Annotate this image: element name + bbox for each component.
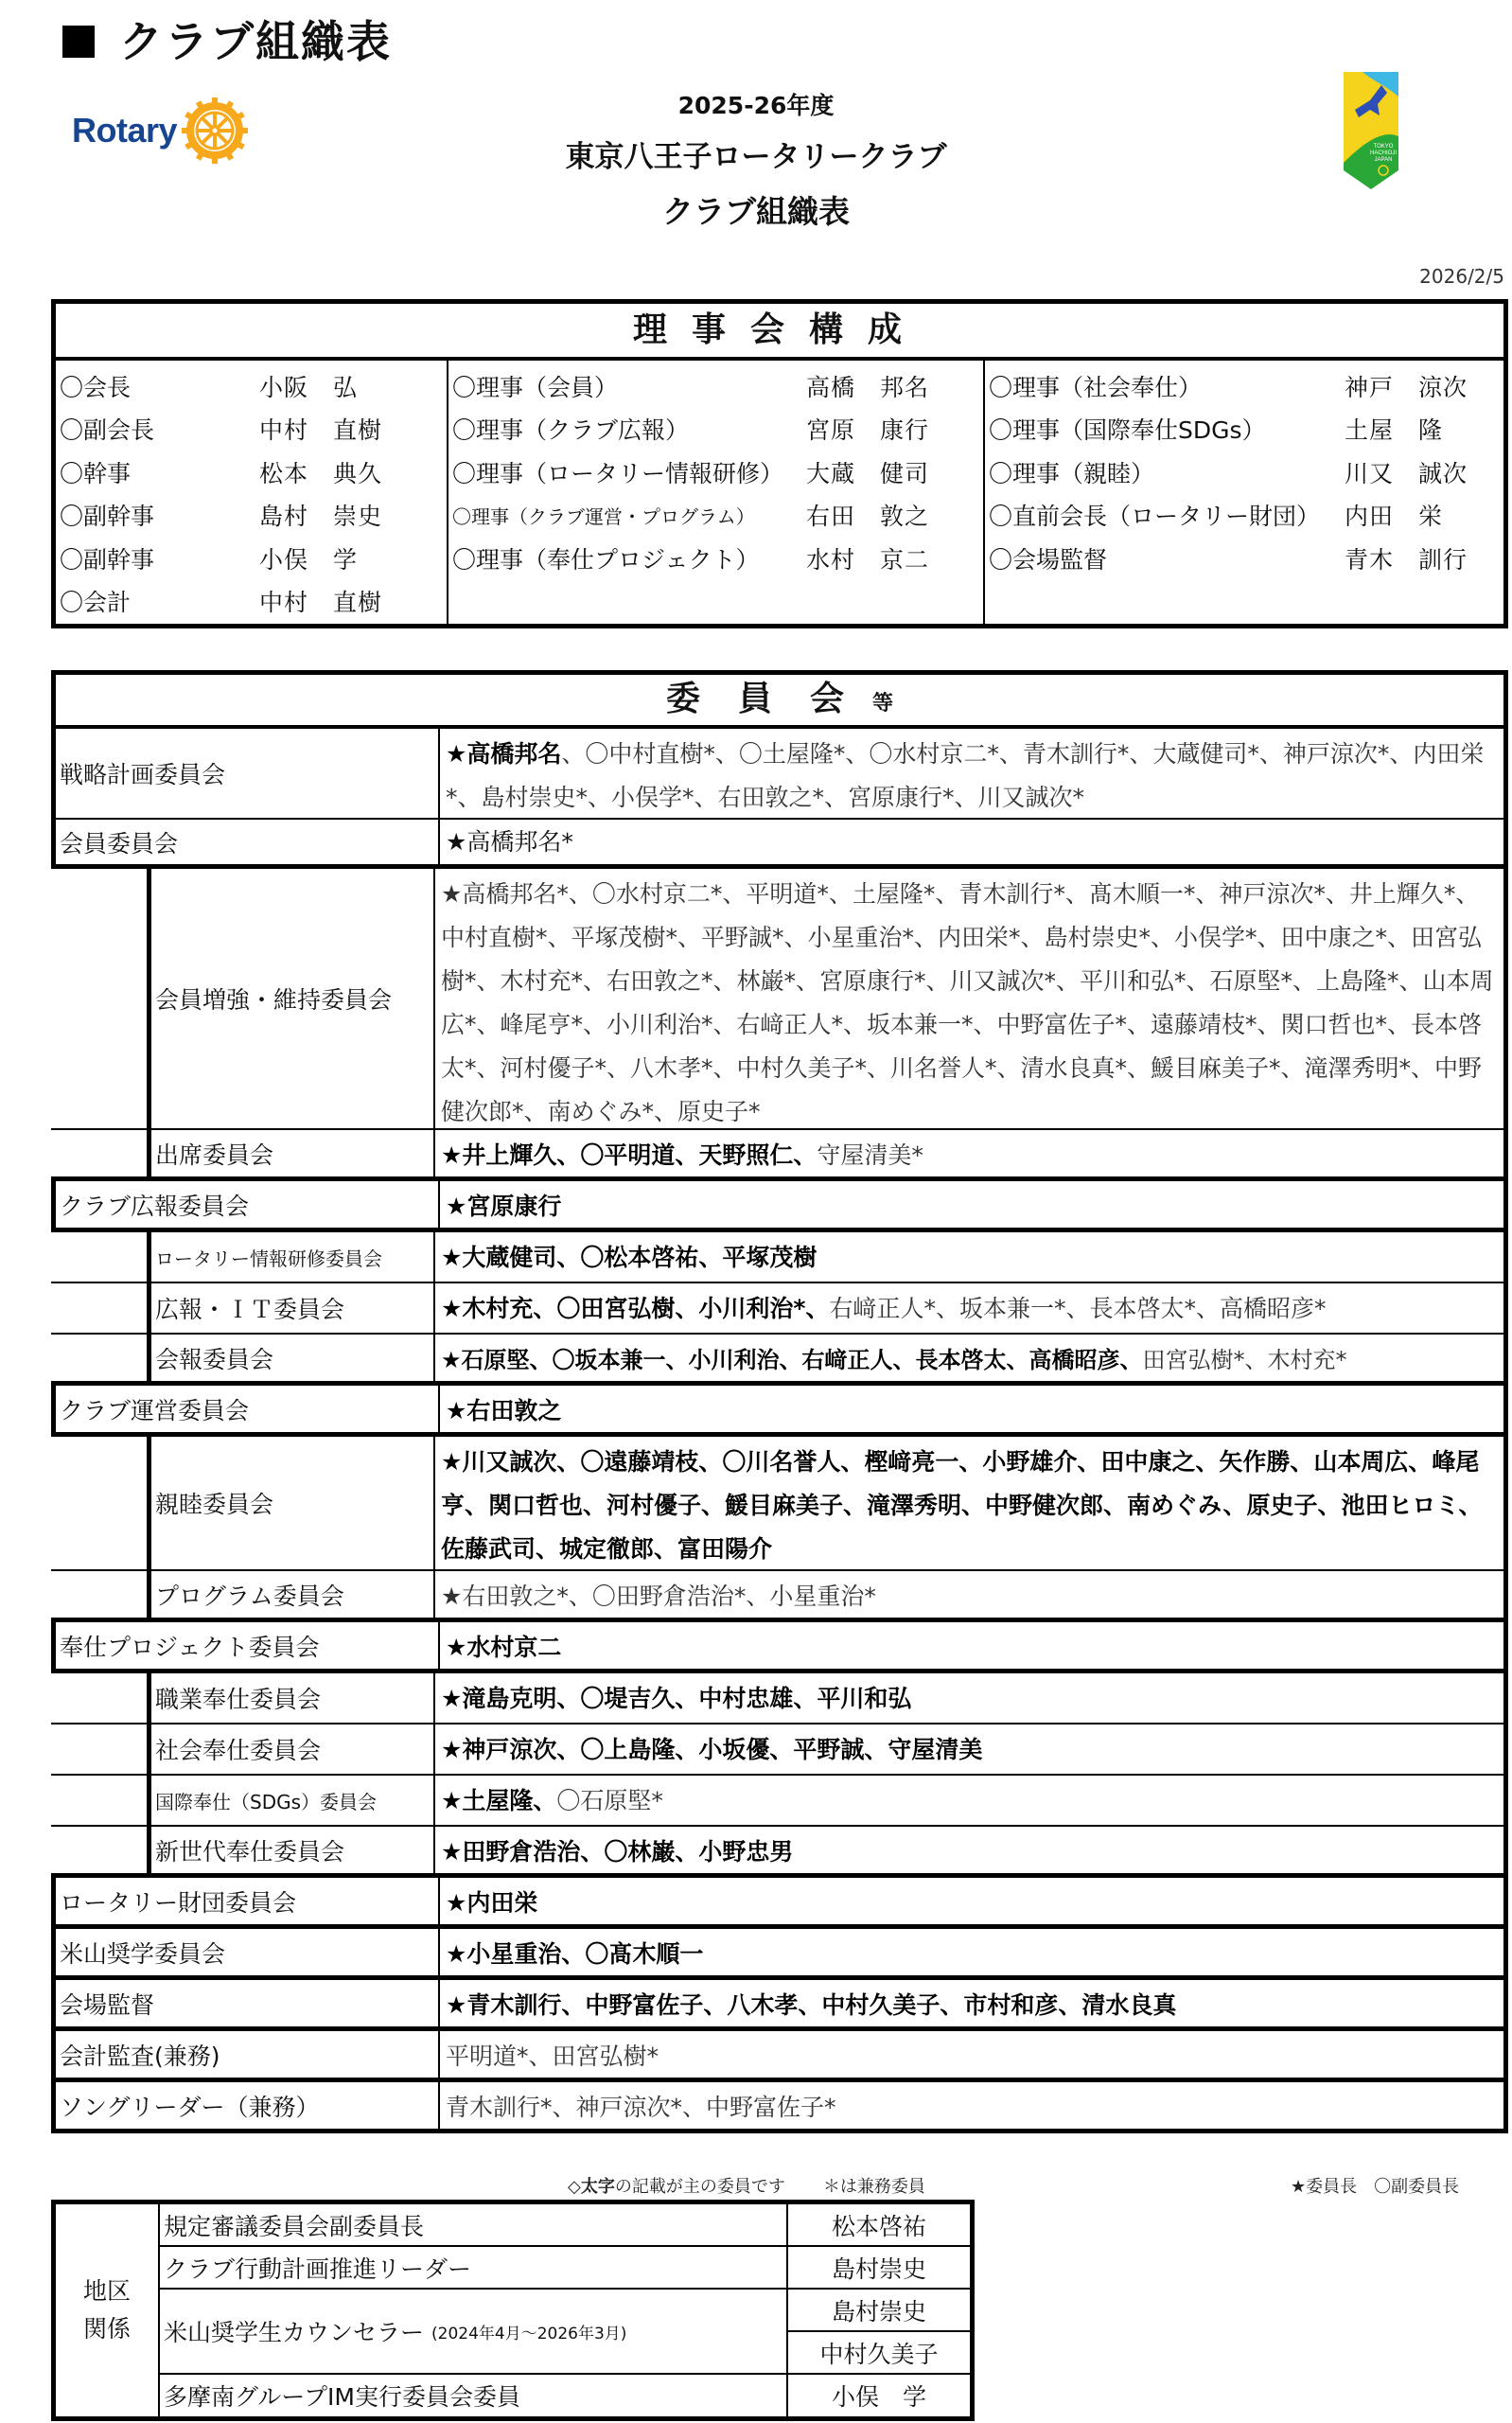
district-table: 地区関係 規定審議委員会副委員長 松本啓祐 クラブ行動計画推進リーダー 島村崇史…	[51, 2200, 975, 2421]
board-row: 〇理事（クラブ運営・プログラム）右田 敦之	[448, 494, 983, 538]
subcommittee-row: 職業奉仕委員会 ★滝島克明、〇堤吉久、中村忠雄、平川和弘	[51, 1673, 1508, 1724]
note-symbol-legend: ★委員長 〇副委員長	[1291, 2173, 1459, 2198]
district-row: 多摩南グループIM実行委員会委員 小俣 学	[160, 2375, 970, 2416]
committee-row: クラブ広報委員会 ★宮原康行	[51, 1181, 1508, 1232]
subcommittee-row: 会員増強・維持委員会 ★高橋邦名*、〇水村京二*、平明道*、土屋隆*、青木訓行*…	[51, 869, 1508, 1130]
fiscal-year: 2025-26年度	[0, 87, 1512, 121]
board-row: 〇理事（国際奉仕SDGs）土屋 隆	[985, 408, 1503, 451]
document-date: 2026/2/5	[1419, 265, 1504, 288]
board-row: 〇理事（社会奉仕）神戸 涼次	[985, 364, 1503, 408]
board-row: 〇副会長中村 直樹	[56, 408, 447, 451]
board-title: 理事会構成	[56, 304, 1503, 361]
subcommittee-row: 出席委員会 ★井上輝久、〇平明道、天野照仁、守屋清美*	[51, 1130, 1508, 1181]
subcommittee-row: 親睦委員会 ★川又誠次、〇遠藤靖枝、〇川名誉人、樫﨑亮一、小野雄介、田中康之、矢…	[51, 1437, 1508, 1571]
subcommittee-row: ロータリー情報研修委員会 ★大蔵健司、〇松本啓祐、平塚茂樹	[51, 1232, 1508, 1283]
committee-row: 会員委員会 ★高橋邦名*	[51, 820, 1508, 869]
committee-table: 委員会等 戦略計画委員会 ★高橋邦名、〇中村直樹*、〇土屋隆*、〇水村京二*、青…	[51, 670, 1508, 2133]
board-row: 〇副幹事小俣 学	[56, 537, 447, 580]
club-name: 東京八王子ロータリークラブ	[0, 133, 1512, 175]
subcommittee-row: プログラム委員会 ★右田敦之*、〇田野倉浩治*、小星重治*	[51, 1571, 1508, 1622]
committee-row: ソングリーダー（兼務） 青木訓行*、神戸涼次*、中野富佐子*	[51, 2082, 1508, 2133]
board-column-directors-2: 〇理事（社会奉仕）神戸 涼次 〇理事（国際奉仕SDGs）土屋 隆 〇理事（親睦）…	[983, 361, 1503, 625]
board-row: 〇会計中村 直樹	[56, 580, 447, 624]
board-row: 〇会長小阪 弘	[56, 364, 447, 408]
board-row: 〇会場監督青木 訓行	[985, 537, 1503, 580]
subcommittee-row: 社会奉仕委員会 ★神戸涼次、〇上島隆、小坂優、平野誠、守屋清美	[51, 1724, 1508, 1776]
board-column-directors: 〇理事（会員）高橋 邦名 〇理事（クラブ広報）宮原 康行 〇理事（ロータリー情報…	[447, 361, 983, 625]
board-row: 〇直前会長（ロータリー財団）内田 栄	[985, 494, 1503, 538]
board-row: 〇理事（クラブ広報）宮原 康行	[448, 408, 983, 451]
committee-title: 委員会等	[51, 670, 1508, 729]
committee-row: クラブ運営委員会 ★右田敦之	[51, 1386, 1508, 1437]
committee-row: ロータリー財団委員会 ★内田栄	[51, 1878, 1508, 1929]
note-bold-explanation: ◇太字の記載が主の委員です＊は兼務委員	[568, 2173, 925, 2198]
subcommittee-row: 広報・ＩＴ委員会 ★木村充、〇田宮弘樹、小川利治*、右﨑正人*、坂本兼一*、長本…	[51, 1283, 1508, 1335]
board-row: 〇幹事松本 典久	[56, 451, 447, 494]
committee-row: 戦略計画委員会 ★高橋邦名、〇中村直樹*、〇土屋隆*、〇水村京二*、青木訓行*、…	[51, 729, 1508, 820]
committee-row: 会計監査(兼務) 平明道*、田宮弘樹*	[51, 2031, 1508, 2082]
committee-row: 会場監督 ★青木訓行、中野富佐子、八木孝、中村久美子、市村和彦、清水良真	[51, 1980, 1508, 2031]
page-title: クラブ組織表	[62, 8, 392, 70]
board-row: 〇理事（奉仕プロジェクト）水村 京二	[448, 537, 983, 580]
subcommittee-row: 会報委員会 ★石原堅、〇坂本兼一、小川利治、右﨑正人、長本啓太、高橋昭彦、田宮弘…	[51, 1335, 1508, 1386]
district-label: 地区関係	[56, 2204, 160, 2416]
board-row: 〇理事（親睦）川又 誠次	[985, 451, 1503, 494]
subcommittee-row: 国際奉仕（SDGs）委員会 ★土屋隆、〇石原堅*	[51, 1776, 1508, 1827]
document-subtitle: クラブ組織表	[0, 187, 1512, 232]
subcommittee-row: 新世代奉仕委員会 ★田野倉浩治、〇林巌、小野忠男	[51, 1827, 1508, 1878]
board-row: 〇理事（会員）高橋 邦名	[448, 364, 983, 408]
committee-row: 米山奨学委員会 ★小星重治、〇髙木順一	[51, 1929, 1508, 1980]
committee-row: 奉仕プロジェクト委員会 ★水村京二	[51, 1622, 1508, 1673]
district-row: クラブ行動計画推進リーダー 島村崇史	[160, 2247, 970, 2290]
board-row: 〇副幹事島村 崇史	[56, 494, 447, 538]
district-row: 規定審議委員会副委員長 松本啓祐	[160, 2204, 970, 2247]
board-column-officers: 〇会長小阪 弘 〇副会長中村 直樹 〇幹事松本 典久 〇副幹事島村 崇史 〇副幹…	[56, 361, 447, 625]
square-bullet-icon	[62, 26, 95, 58]
board-row: 〇理事（ロータリー情報研修）大蔵 健司	[448, 451, 983, 494]
board-table: 理事会構成 〇会長小阪 弘 〇副会長中村 直樹 〇幹事松本 典久 〇副幹事島村 …	[51, 299, 1508, 628]
district-row: 米山奨学生カウンセラー(2024年4月～2026年3月) 島村崇史中村久美子	[160, 2290, 970, 2375]
